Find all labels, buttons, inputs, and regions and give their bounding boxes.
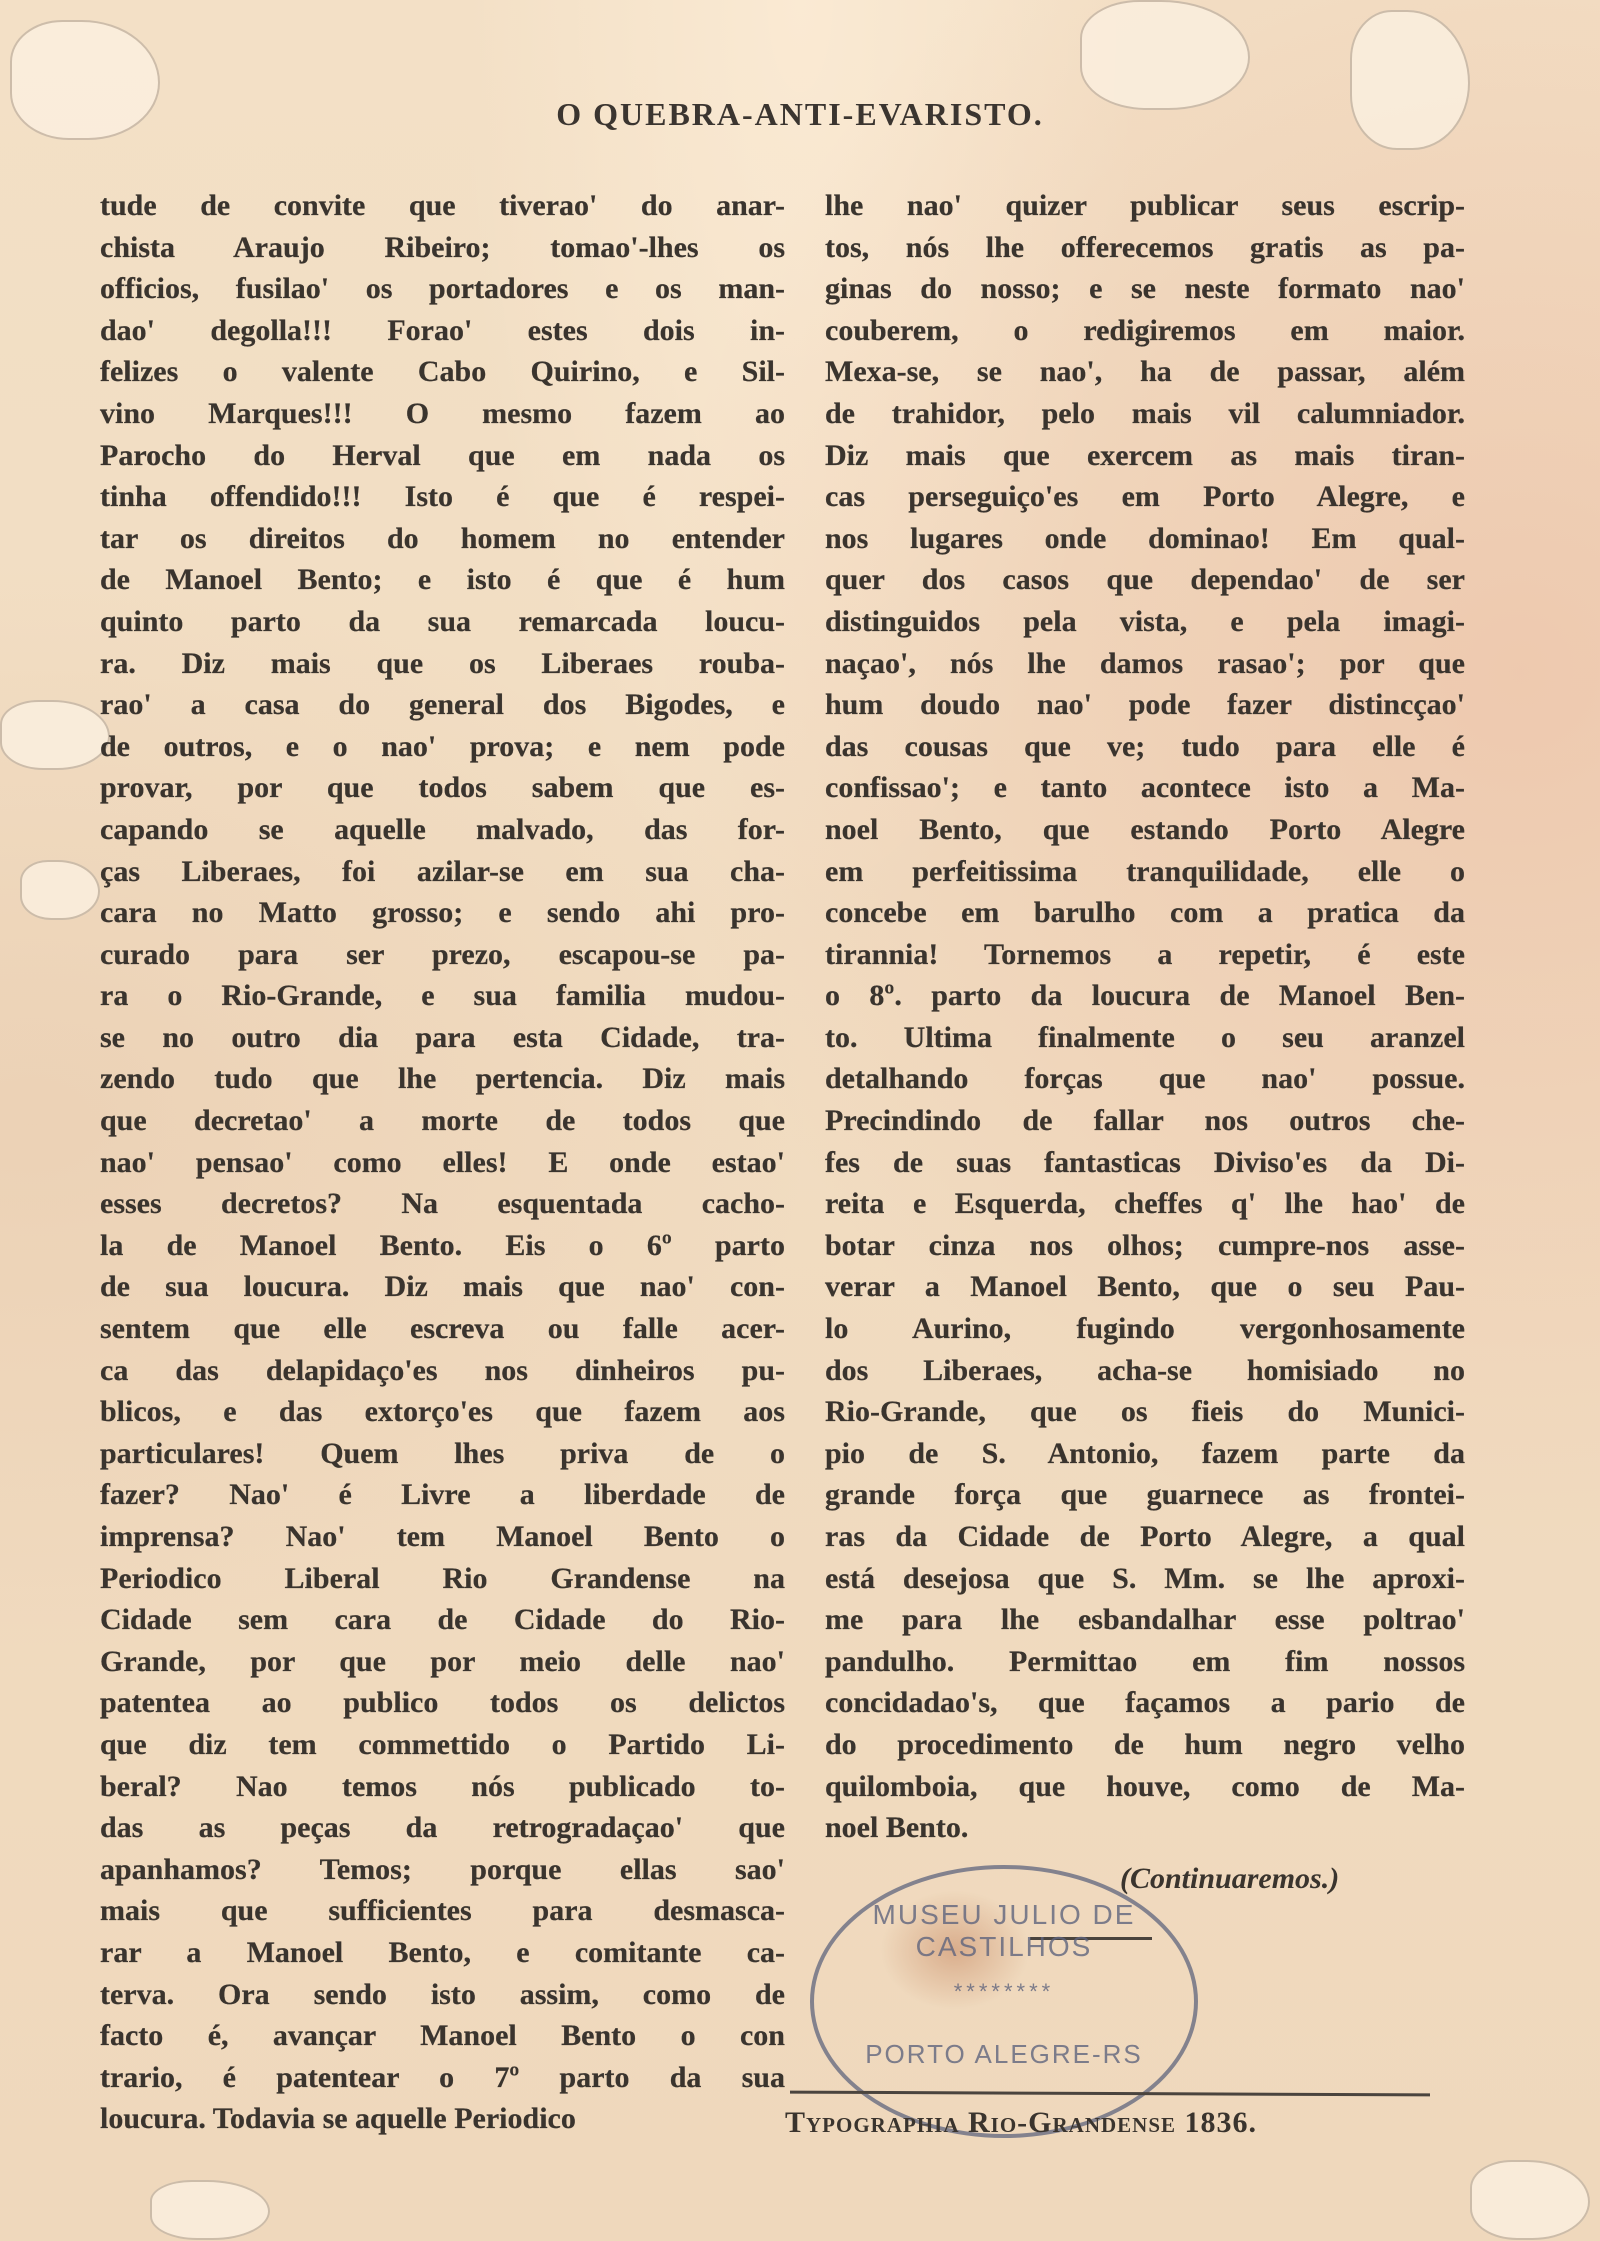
stamp-top-text: MUSEU JULIO DE CASTILHOS xyxy=(814,1899,1194,1963)
text-line: quer dos casos que dependao' de ser xyxy=(825,559,1465,601)
text-line: o 8º. parto da loucura de Manoel Ben- xyxy=(825,975,1465,1017)
text-line: cara no Matto grosso; e sendo ahi pro- xyxy=(100,892,785,934)
text-line: mais que sufficientes para desmasca- xyxy=(100,1890,785,1932)
text-line: beral? Nao temos nós publicado to- xyxy=(100,1766,785,1808)
text-line: confissao'; e tanto acontece isto a Ma- xyxy=(825,767,1465,809)
text-line: noel Bento, que estando Porto Alegre xyxy=(825,809,1465,851)
text-line: pio de S. Antonio, fazem parte da xyxy=(825,1433,1465,1475)
text-line: facto é, avançar Manoel Bento o con xyxy=(100,2015,785,2057)
text-line: nos lugares onde dominao! Em qual- xyxy=(825,518,1465,560)
text-line: ca das delapidaço'es nos dinheiros pu- xyxy=(100,1350,785,1392)
text-line: to. Ultima finalmente o seu aranzel xyxy=(825,1017,1465,1059)
text-line: tinha offendido!!! Isto é que é respei- xyxy=(100,476,785,518)
text-line: de outros, e o nao' prova; e nem pode xyxy=(100,726,785,768)
stamp-bottom-text: PORTO ALEGRE-RS xyxy=(814,2039,1194,2070)
text-line: cas perseguiço'es em Porto Alegre, e xyxy=(825,476,1465,518)
text-line: rao' a casa do general dos Bigodes, e xyxy=(100,684,785,726)
text-line: provar, por que todos sabem que es- xyxy=(100,767,785,809)
continuation-note: (Continuaremos.) xyxy=(1120,1862,1339,1896)
text-line: quilomboia, que houve, como de Ma- xyxy=(825,1766,1465,1808)
text-line: fazer? Nao' é Livre a liberdade de xyxy=(100,1474,785,1516)
text-line: distinguidos pela vista, e pela imagi- xyxy=(825,601,1465,643)
text-line: apanhamos? Temos; porque ellas sao' xyxy=(100,1849,785,1891)
text-line: que decretao' a morte de todos que xyxy=(100,1100,785,1142)
text-line: em perfeitissima tranquilidade, elle o xyxy=(825,851,1465,893)
paper-damage xyxy=(150,2180,270,2240)
text-line: dos Liberaes, acha-se homisiado no xyxy=(825,1350,1465,1392)
paper-damage xyxy=(0,700,110,770)
text-line: tirannia! Tornemos a repetir, é este xyxy=(825,934,1465,976)
text-line: esses decretos? Na esquentada cacho- xyxy=(100,1183,785,1225)
text-line: vino Marques!!! O mesmo fazem ao xyxy=(100,393,785,435)
text-line: que diz tem commettido o Partido Li- xyxy=(100,1724,785,1766)
newspaper-page: O QUEBRA-ANTI-EVARISTO. tude de convite … xyxy=(0,0,1600,2241)
text-line: blicos, e das extorço'es que fazem aos xyxy=(100,1391,785,1433)
text-line: patentea ao publico todos os delictos xyxy=(100,1682,785,1724)
text-line: felizes o valente Cabo Quirino, e Sil- xyxy=(100,351,785,393)
text-line: curado para ser prezo, escapou-se pa- xyxy=(100,934,785,976)
text-line: tar os direitos do homem no entender xyxy=(100,518,785,560)
text-line: Mexa-se, se nao', ha de passar, além xyxy=(825,351,1465,393)
text-line: capando se aquelle malvado, das for- xyxy=(100,809,785,851)
text-line: das cousas que ve; tudo para elle é xyxy=(825,726,1465,768)
text-line: couberem, o redigiremos em maior. xyxy=(825,310,1465,352)
text-line: Grande, por que por meio delle nao' xyxy=(100,1641,785,1683)
text-line: botar cinza nos olhos; cumpre-nos asse- xyxy=(825,1225,1465,1267)
text-line: ra o Rio-Grande, e sua familia mudou- xyxy=(100,975,785,1017)
text-line: loucura. Todavia se aquelle Periodico xyxy=(100,2098,785,2140)
text-line: imprensa? Nao' tem Manoel Bento o xyxy=(100,1516,785,1558)
text-line: chista Araujo Ribeiro; tomao'-lhes os xyxy=(100,227,785,269)
text-line: se no outro dia para esta Cidade, tra- xyxy=(100,1017,785,1059)
text-line: me para lhe esbandalhar esse poltrao' xyxy=(825,1599,1465,1641)
text-line: tos, nós lhe offerecemos gratis as pa- xyxy=(825,227,1465,269)
text-line: das as peças da retrogradaçao' que xyxy=(100,1807,785,1849)
text-line: de Manoel Bento; e isto é que é hum xyxy=(100,559,785,601)
stamp-stars-icon: ******** xyxy=(814,1979,1194,2005)
text-line: zendo tudo que lhe pertencia. Diz mais xyxy=(100,1058,785,1100)
text-line: nao' pensao' como elles! E onde estao' xyxy=(100,1142,785,1184)
text-line: dao' degolla!!! Forao' estes dois in- xyxy=(100,310,785,352)
text-line: pandulho. Permittao em fim nossos xyxy=(825,1641,1465,1683)
text-line: concidadao's, que façamos a pario de xyxy=(825,1682,1465,1724)
paper-damage xyxy=(1080,0,1250,110)
text-line: grande força que guarnece as frontei- xyxy=(825,1474,1465,1516)
text-line: ças Liberaes, foi azilar-se em sua cha- xyxy=(100,851,785,893)
text-line: Cidade sem cara de Cidade do Rio- xyxy=(100,1599,785,1641)
text-line: Periodico Liberal Rio Grandense na xyxy=(100,1558,785,1600)
text-line: Parocho do Herval que em nada os xyxy=(100,435,785,477)
text-line: de sua loucura. Diz mais que nao' con- xyxy=(100,1266,785,1308)
text-line: fes de suas fantasticas Diviso'es da Di- xyxy=(825,1142,1465,1184)
text-line: lo Aurino, fugindo vergonhosamente xyxy=(825,1308,1465,1350)
text-line: la de Manoel Bento. Eis o 6º parto xyxy=(100,1225,785,1267)
text-line: Precindindo de fallar nos outros che- xyxy=(825,1100,1465,1142)
paper-damage xyxy=(20,860,100,920)
text-line: ras da Cidade de Porto Alegre, a qual xyxy=(825,1516,1465,1558)
text-line: do procedimento de hum negro velho xyxy=(825,1724,1465,1766)
text-line: sentem que elle escreva ou falle acer- xyxy=(100,1308,785,1350)
museum-stamp: MUSEU JULIO DE CASTILHOS ******** PORTO … xyxy=(810,1865,1198,2138)
text-line: rar a Manoel Bento, e comitante ca- xyxy=(100,1932,785,1974)
left-column: tude de convite que tiverao' do anar-chi… xyxy=(100,185,785,2140)
text-line: naçao', nós lhe damos rasao'; por que xyxy=(825,643,1465,685)
text-line: noel Bento. xyxy=(825,1807,1465,1849)
text-line: officios, fusilao' os portadores e os ma… xyxy=(100,268,785,310)
text-line: hum doudo nao' pode fazer distincçao' xyxy=(825,684,1465,726)
text-line: verar a Manoel Bento, que o seu Pau- xyxy=(825,1266,1465,1308)
text-line: lhe nao' quizer publicar seus escrip- xyxy=(825,185,1465,227)
text-line: tude de convite que tiverao' do anar- xyxy=(100,185,785,227)
text-line: trario, é patentear o 7º parto da sua xyxy=(100,2057,785,2099)
text-line: concebe em barulho com a pratica da xyxy=(825,892,1465,934)
masthead-title: O QUEBRA-ANTI-EVARISTO. xyxy=(0,96,1600,133)
text-line: particulares! Quem lhes priva de o xyxy=(100,1433,785,1475)
text-line: Rio-Grande, que os fieis do Munici- xyxy=(825,1391,1465,1433)
text-line: quinto parto da sua remarcada loucu- xyxy=(100,601,785,643)
text-line: ginas do nosso; e se neste formato nao' xyxy=(825,268,1465,310)
text-line: terva. Ora sendo isto assim, como de xyxy=(100,1974,785,2016)
right-column: lhe nao' quizer publicar seus escrip-tos… xyxy=(825,185,1465,1849)
text-line: reita e Esquerda, cheffes q' lhe hao' de xyxy=(825,1183,1465,1225)
text-line: de trahidor, pelo mais vil calumniador. xyxy=(825,393,1465,435)
text-line: está desejosa que S. Mm. se lhe aproxi- xyxy=(825,1558,1465,1600)
colophon: Typographia Rio-Grandense 1836. xyxy=(785,2106,1257,2140)
text-line: ra. Diz mais que os Liberaes rouba- xyxy=(100,643,785,685)
paper-damage xyxy=(1470,2160,1590,2240)
text-line: Diz mais que exercem as mais tiran- xyxy=(825,435,1465,477)
text-line: detalhando forças que nao' possue. xyxy=(825,1058,1465,1100)
